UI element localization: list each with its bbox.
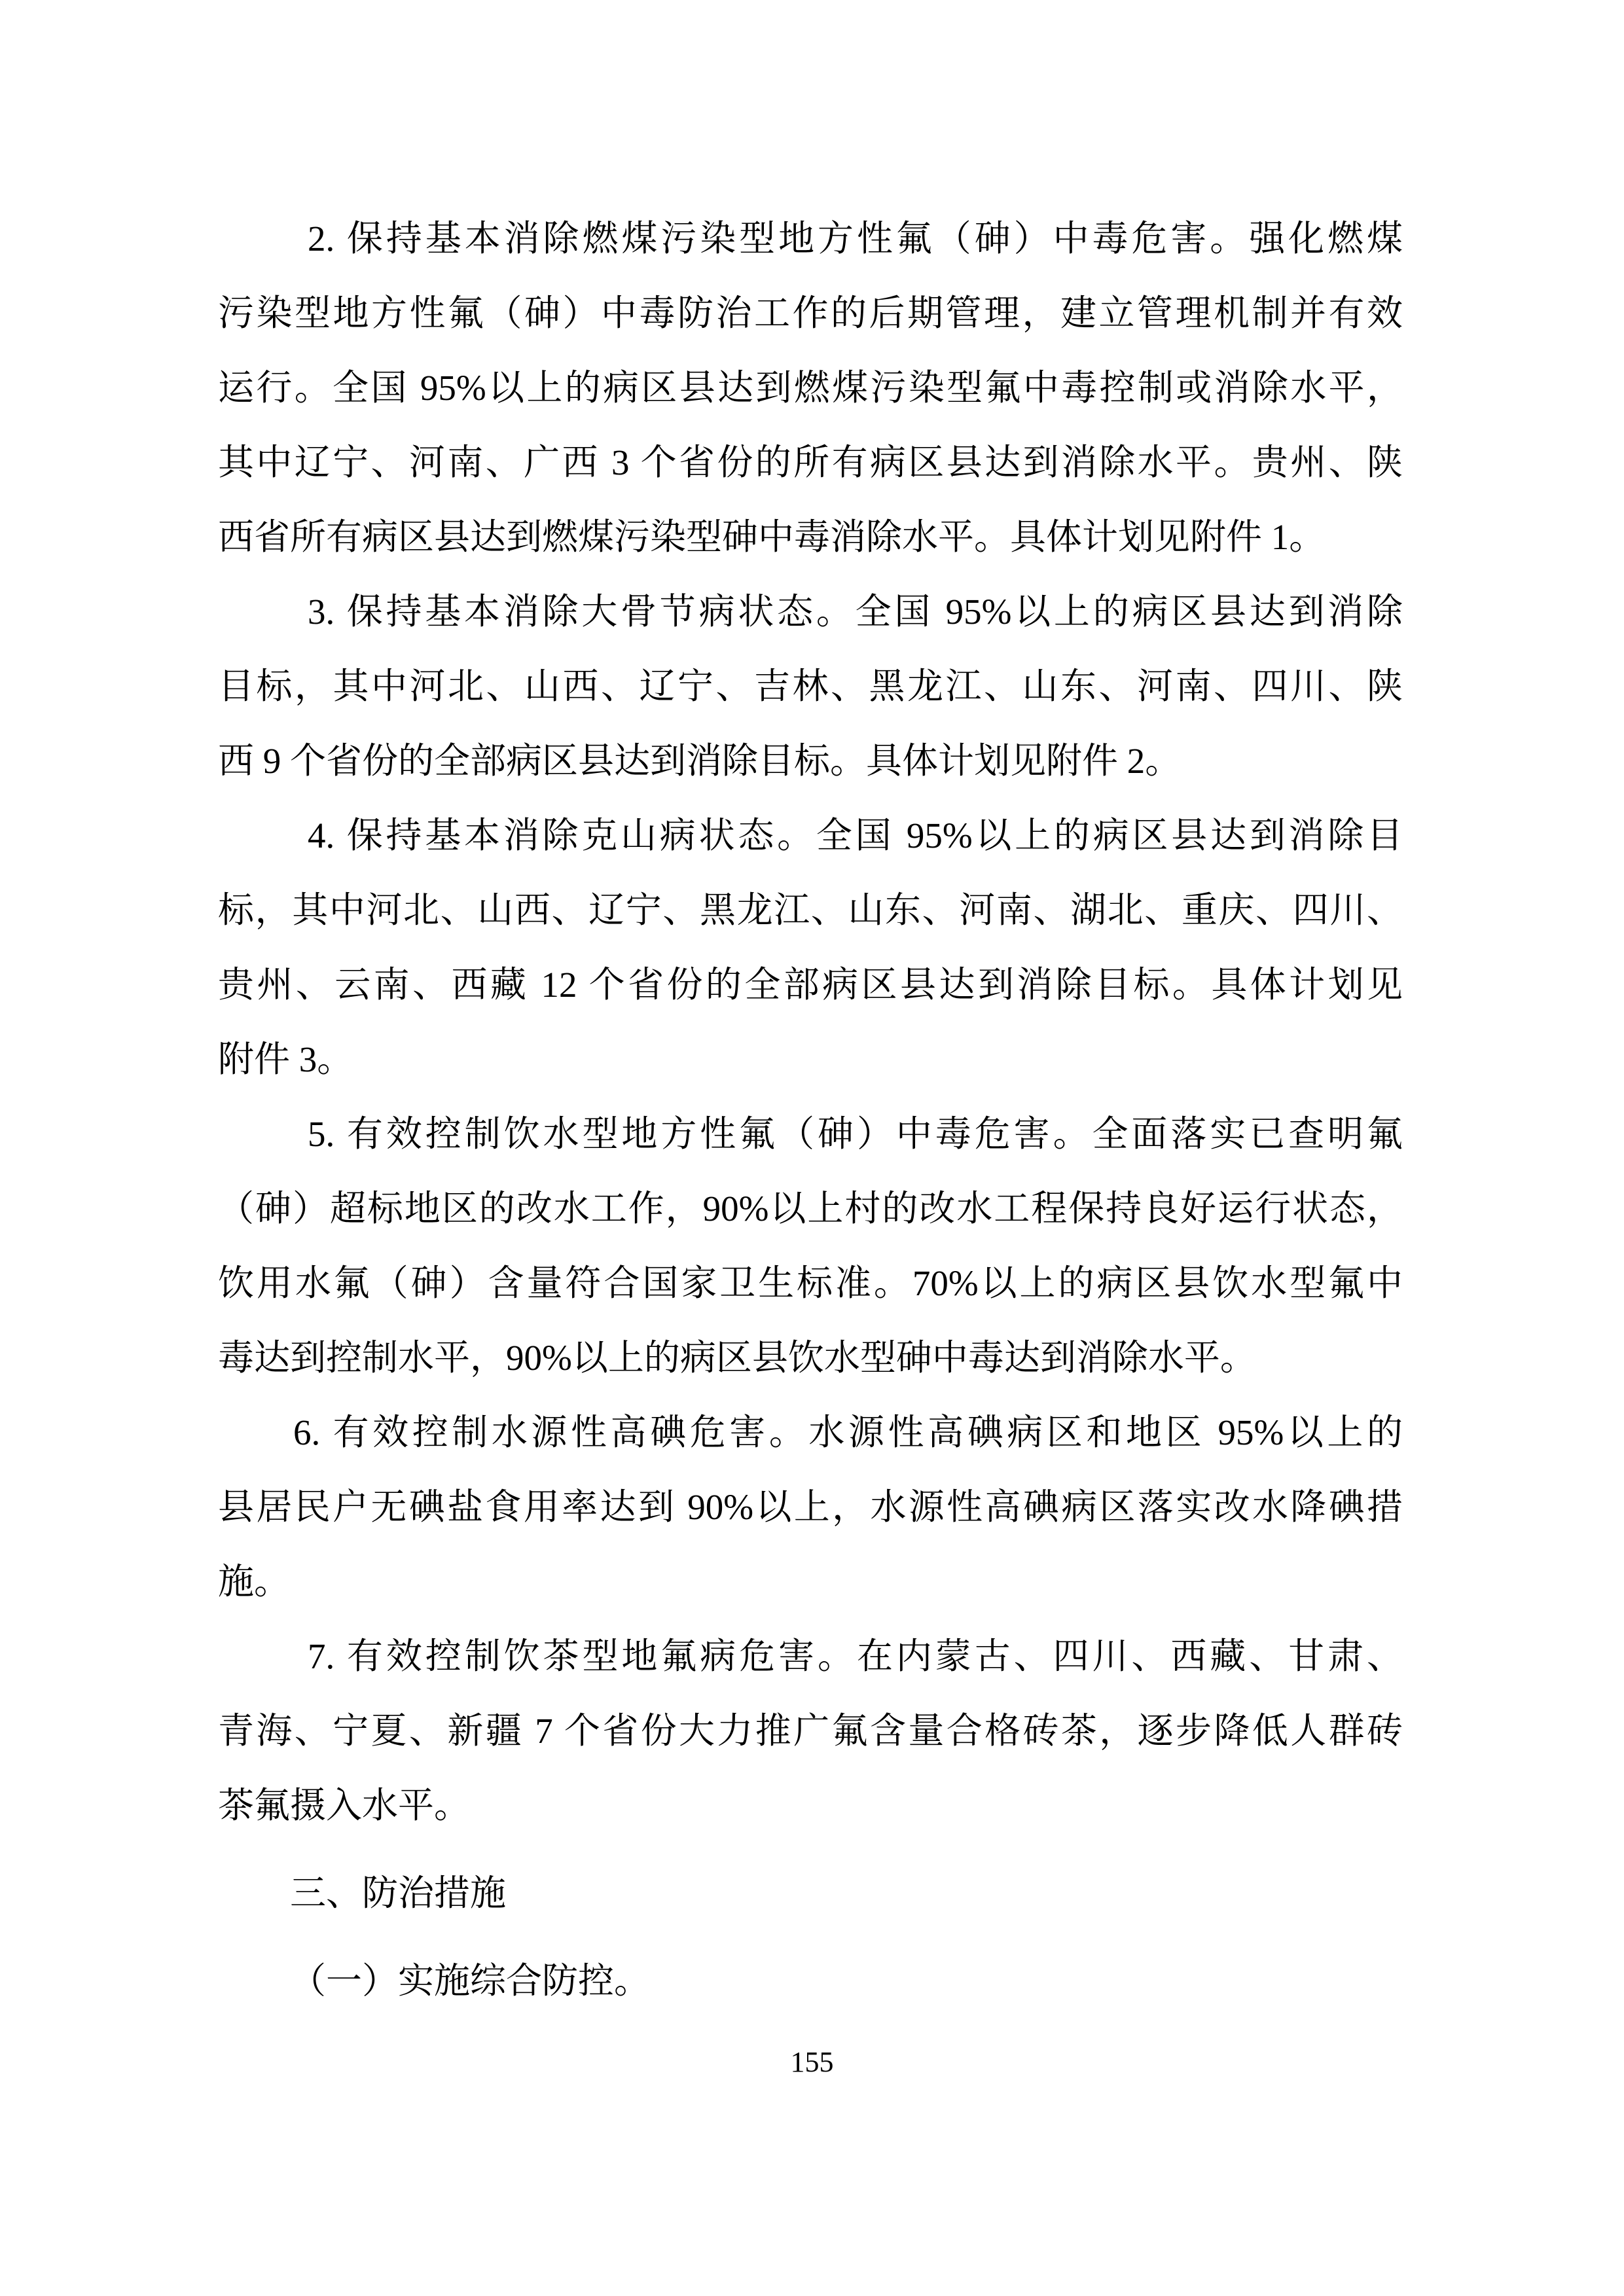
paragraph-item-6: 6. 有效控制水源性高碘危害。水源性高碘病区和地区 95%以上的 县居民户无碘盐… xyxy=(218,1395,1403,1619)
text-line: 西省所有病区县达到燃煤污染型砷中毒消除水平。具体计划见附件 1。 xyxy=(218,500,1403,575)
text-line: 2. 保持基本消除燃煤污染型地方性氟（砷）中毒危害。强化燃煤 xyxy=(218,202,1403,276)
text-line: 饮用水氟（砷）含量符合国家卫生标准。70%以上的病区县饮水型氟中 xyxy=(218,1246,1403,1321)
document-content: 2. 保持基本消除燃煤污染型地方性氟（砷）中毒危害。强化燃煤 污染型地方性氟（砷… xyxy=(218,202,1403,2018)
text-line: 7. 有效控制饮茶型地氟病危害。在内蒙古、四川、西藏、甘肃、 xyxy=(218,1619,1403,1694)
paragraph-item-2: 2. 保持基本消除燃煤污染型地方性氟（砷）中毒危害。强化燃煤 污染型地方性氟（砷… xyxy=(218,202,1403,575)
text-line: 青海、宁夏、新疆 7 个省份大力推广氟含量合格砖茶，逐步降低人群砖 xyxy=(218,1694,1403,1768)
text-line: 目标，其中河北、山西、辽宁、吉林、黑龙江、山东、河南、四川、陕 xyxy=(218,649,1403,724)
text-line: 其中辽宁、河南、广西 3 个省份的所有病区县达到消除水平。贵州、陕 xyxy=(218,425,1403,500)
document-page: 2. 保持基本消除燃煤污染型地方性氟（砷）中毒危害。强化燃煤 污染型地方性氟（砷… xyxy=(0,0,1624,2296)
text-line: 西 9 个省份的全部病区县达到消除目标。具体计划见附件 2。 xyxy=(218,724,1403,798)
paragraph-item-3: 3. 保持基本消除大骨节病状态。全国 95%以上的病区县达到消除 目标，其中河北… xyxy=(218,575,1403,798)
subsection-heading: （一）实施综合防控。 xyxy=(218,1944,1403,2018)
text-line: 运行。全国 95%以上的病区县达到燃煤污染型氟中毒控制或消除水平， xyxy=(218,351,1403,425)
text-line: 贵州、云南、西藏 12 个省份的全部病区县达到消除目标。具体计划见 xyxy=(218,948,1403,1022)
page-number: 155 xyxy=(0,2048,1624,2077)
paragraph-item-7: 7. 有效控制饮茶型地氟病危害。在内蒙古、四川、西藏、甘肃、 青海、宁夏、新疆 … xyxy=(218,1619,1403,1843)
text-line: 施。 xyxy=(218,1545,1403,1619)
text-line: 6. 有效控制水源性高碘危害。水源性高碘病区和地区 95%以上的 xyxy=(218,1395,1403,1470)
text-line: 标，其中河北、山西、辽宁、黑龙江、山东、河南、湖北、重庆、四川、 xyxy=(218,873,1403,948)
text-line: 毒达到控制水平，90%以上的病区县饮水型砷中毒达到消除水平。 xyxy=(218,1321,1403,1395)
paragraph-item-5: 5. 有效控制饮水型地方性氟（砷）中毒危害。全面落实已查明氟 （砷）超标地区的改… xyxy=(218,1097,1403,1395)
text-line: 3. 保持基本消除大骨节病状态。全国 95%以上的病区县达到消除 xyxy=(218,575,1403,649)
text-line: 污染型地方性氟（砷）中毒防治工作的后期管理，建立管理机制并有效 xyxy=(218,276,1403,351)
text-line: 4. 保持基本消除克山病状态。全国 95%以上的病区县达到消除目 xyxy=(218,798,1403,873)
text-line: 茶氟摄入水平。 xyxy=(218,1768,1403,1843)
text-line: 县居民户无碘盐食用率达到 90%以上，水源性高碘病区落实改水降碘措 xyxy=(218,1470,1403,1545)
text-line: 附件 3。 xyxy=(218,1022,1403,1097)
paragraph-item-4: 4. 保持基本消除克山病状态。全国 95%以上的病区县达到消除目 标，其中河北、… xyxy=(218,798,1403,1097)
text-line: 5. 有效控制饮水型地方性氟（砷）中毒危害。全面落实已查明氟 xyxy=(218,1097,1403,1172)
text-line: （砷）超标地区的改水工作，90%以上村的改水工程保持良好运行状态， xyxy=(218,1172,1403,1246)
section-heading: 三、防治措施 xyxy=(218,1856,1403,1931)
